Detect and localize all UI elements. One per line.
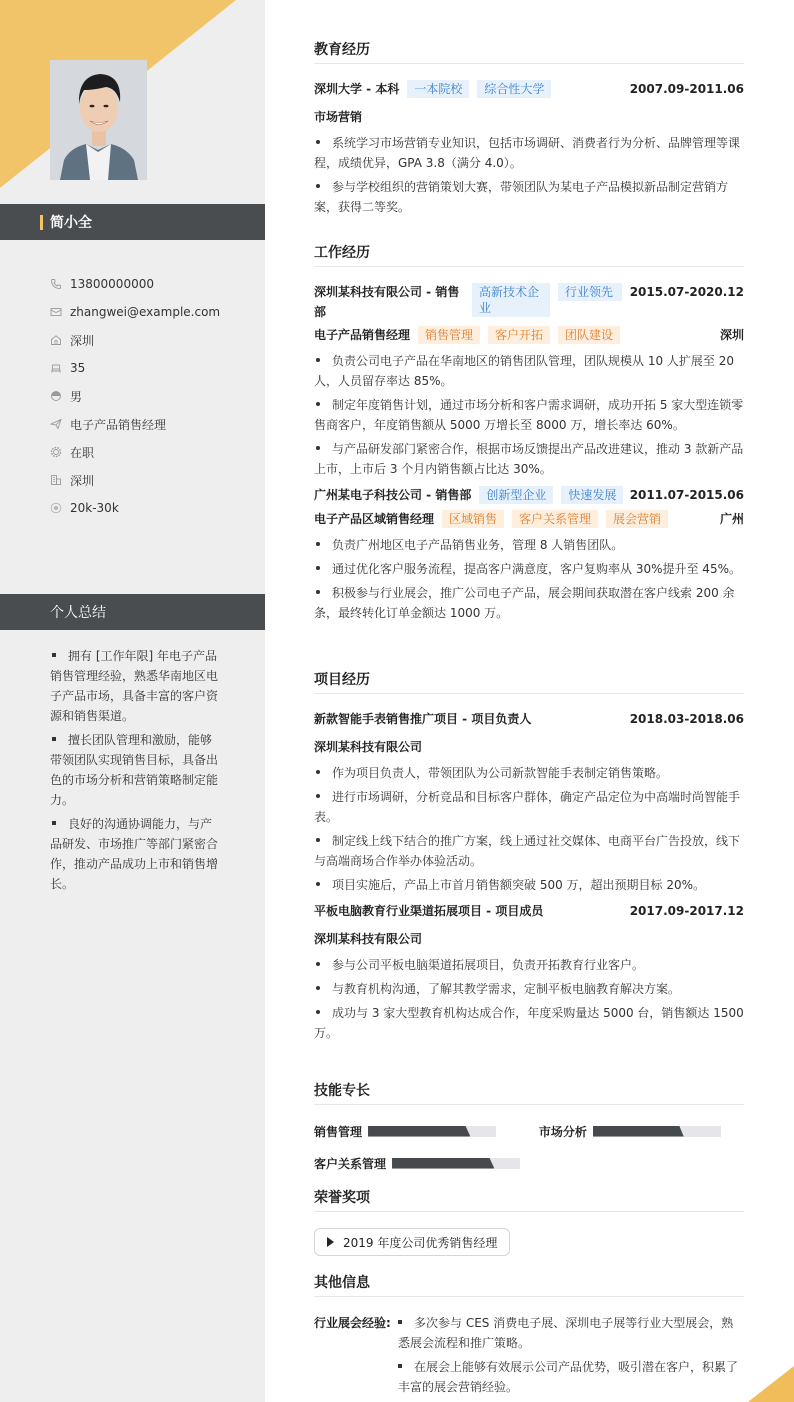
position-title: 电子产品销售经理 — [314, 325, 410, 345]
list-item: 多次参与 CES 消费电子展、深圳电子展等行业大型展会，熟悉展会流程和推广策略。 — [398, 1313, 744, 1353]
job-position-row: 电子产品销售经理 销售管理 客户开拓 团队建设 深圳 — [314, 325, 744, 345]
skills-section: 技能专长 销售管理 市场分析 客户关系管理 — [314, 1081, 744, 1185]
list-item: 积极参与行业展会，推广公司电子产品，展会期间获取潜在客户线索 200 余条，最终… — [314, 583, 744, 623]
education-section: 教育经历 深圳大学 - 本科 一本院校 综合性大学 2007.09-2011.0… — [314, 40, 744, 221]
skill-name: 销售管理 — [314, 1123, 362, 1140]
section-divider — [314, 63, 744, 64]
candidate-name: 简小全 — [50, 212, 92, 232]
skill-progress-bar — [368, 1126, 496, 1137]
job-date: 2015.07-2020.12 — [630, 282, 744, 302]
contact-email: zhangwei@example.com — [50, 298, 260, 326]
section-divider — [314, 693, 744, 694]
job-location: 深圳 — [720, 325, 744, 345]
contact-salary: 20k-30k — [50, 494, 260, 522]
project-name: 平板电脑教育行业渠道拓展项目 - 项目成员 — [314, 901, 543, 921]
contact-job: 电子产品销售经理 — [50, 410, 260, 438]
bullet-icon — [398, 1320, 402, 1324]
bullet-icon — [52, 737, 56, 741]
section-divider — [314, 1211, 744, 1212]
salary-icon — [50, 502, 62, 514]
section-title: 荣誉奖项 — [314, 1188, 744, 1208]
project-date: 2018.03-2018.06 — [630, 709, 744, 729]
other-section: 其他信息 行业展会经验: 多次参与 CES 消费电子展、深圳电子展等行业大型展会… — [314, 1273, 744, 1401]
avatar-icon — [50, 60, 147, 180]
bullet-icon — [316, 1010, 320, 1014]
project-company: 深圳某科技有限公司 — [314, 929, 744, 949]
skill-progress-bar — [593, 1126, 721, 1137]
company-tag: 高新技术企业 — [472, 283, 550, 317]
list-item: 在展会上能够有效展示公司产品优势，吸引潜在客户，积累了丰富的展会营销经验。 — [398, 1357, 744, 1397]
job-position-row: 电子产品区域销售经理 区域销售 客户关系管理 展会营销 广州 — [314, 509, 744, 529]
company-name: 广州某电子科技公司 - 销售部 — [314, 485, 471, 505]
home-icon — [50, 334, 62, 346]
list-item: 参与公司平板电脑渠道拓展项目，负责开拓教育行业客户。 — [314, 955, 744, 975]
contact-age-value: 35 — [70, 361, 85, 375]
skill-item: 客户关系管理 — [314, 1153, 520, 1173]
age-icon — [50, 362, 62, 374]
bullet-icon — [316, 446, 320, 450]
job-header: 广州某电子科技公司 - 销售部 创新型企业 快速发展 2011.07-2015.… — [314, 485, 744, 505]
avatar-photo — [50, 60, 147, 180]
other-list: 多次参与 CES 消费电子展、深圳电子展等行业大型展会，熟悉展会流程和推广策略。… — [398, 1313, 744, 1401]
job-bullets: 负责广州地区电子产品销售业务，管理 8 人销售团队。 通过优化客户服务流程，提高… — [314, 535, 744, 623]
school-name: 深圳大学 - 本科 — [314, 79, 399, 99]
job-bullets: 负责公司电子产品在华南地区的销售团队管理，团队规模从 10 人扩展至 20 人，… — [314, 351, 744, 479]
bullet-icon — [316, 358, 320, 362]
bullet-icon — [52, 821, 56, 825]
contact-status: 在职 — [50, 438, 260, 466]
education-bullets: 系统学习市场营销专业知识，包括市场调研、消费者行为分析、品牌管理等课程，成绩优异… — [314, 133, 744, 217]
project-header: 新款智能手表销售推广项目 - 项目负责人 2018.03-2018.06 — [314, 709, 744, 729]
company-tag: 快速发展 — [561, 486, 623, 504]
list-item: 制定线上线下结合的推广方案，线上通过社交媒体、电商平台广告投放，线下与高端商场合… — [314, 831, 744, 871]
bullet-icon — [316, 770, 320, 774]
list-item: 负责公司电子产品在华南地区的销售团队管理，团队规模从 10 人扩展至 20 人，… — [314, 351, 744, 391]
sidebar: 简小全 13800000000 zhangwei@example.com 深圳 — [0, 0, 265, 1402]
contact-email-value: zhangwei@example.com — [70, 305, 220, 319]
decorative-triangle-bottom — [748, 1366, 794, 1402]
project-date: 2017.09-2017.12 — [630, 901, 744, 921]
section-title: 其他信息 — [314, 1273, 744, 1293]
summary-item: 良好的沟通协调能力，与产品研发、市场推广等部门紧密合作，推动产品成功上市和销售增… — [50, 814, 220, 894]
position-tag: 客户开拓 — [488, 326, 550, 344]
summary-header: 个人总结 — [0, 594, 265, 630]
mail-icon — [50, 306, 62, 318]
contact-list: 13800000000 zhangwei@example.com 深圳 35 — [50, 270, 260, 522]
contact-gender-value: 男 — [70, 388, 82, 405]
list-item: 通过优化客户服务流程，提高客户满意度，客户复购率从 30%提升至 45%。 — [314, 559, 744, 579]
bullet-icon — [316, 882, 320, 886]
skill-name: 市场分析 — [539, 1123, 587, 1140]
bullet-icon — [316, 184, 320, 188]
award-label: 2019 年度公司优秀销售经理 — [343, 1234, 497, 1251]
project-name: 新款智能手表销售推广项目 - 项目负责人 — [314, 709, 531, 729]
award-item-toggle[interactable]: 2019 年度公司优秀销售经理 — [314, 1228, 510, 1256]
project-header: 平板电脑教育行业渠道拓展项目 - 项目成员 2017.09-2017.12 — [314, 901, 744, 921]
resume-page: 简小全 13800000000 zhangwei@example.com 深圳 — [0, 0, 794, 1402]
bullet-icon — [316, 566, 320, 570]
other-info-row: 行业展会经验: 多次参与 CES 消费电子展、深圳电子展等行业大型展会，熟悉展会… — [314, 1313, 744, 1401]
school-tag: 综合性大学 — [477, 80, 551, 98]
company-name: 深圳某科技有限公司 - 销售部 — [314, 282, 464, 322]
job-location: 广州 — [720, 509, 744, 529]
list-item: 进行市场调研，分析竞品和目标客户群体，确定产品定位为中高端时尚智能手表。 — [314, 787, 744, 827]
company-tag: 行业领先 — [558, 283, 622, 301]
school-tag: 一本院校 — [407, 80, 469, 98]
contact-phone: 13800000000 — [50, 270, 260, 298]
list-item: 参与学校组织的营销策划大赛，带领团队为某电子产品模拟新品制定营销方案，获得二等奖… — [314, 177, 744, 217]
bullet-icon — [316, 838, 320, 842]
name-header: 简小全 — [0, 204, 265, 240]
skill-progress-bar — [392, 1158, 520, 1169]
position-tag: 团队建设 — [558, 326, 620, 344]
list-item: 项目实施后，产品上市首月销售额突破 500 万，超出预期目标 20%。 — [314, 875, 744, 895]
bullet-icon — [316, 590, 320, 594]
gender-icon — [50, 390, 62, 402]
bullet-icon — [52, 653, 56, 657]
skills-list: 销售管理 市场分析 客户关系管理 — [314, 1121, 744, 1185]
section-title: 项目经历 — [314, 670, 744, 690]
section-title: 工作经历 — [314, 243, 744, 263]
bullet-icon — [316, 542, 320, 546]
project-bullets: 参与公司平板电脑渠道拓展项目，负责开拓教育行业客户。 与教育机构沟通，了解其教学… — [314, 955, 744, 1043]
summary-item: 擅长团队管理和激励，能够带领团队实现销售目标，具备出色的市场分析和营销策略制定能… — [50, 730, 220, 810]
position-title: 电子产品区域销售经理 — [314, 509, 434, 529]
section-divider — [314, 1296, 744, 1297]
bullet-icon — [316, 794, 320, 798]
contact-salary-value: 20k-30k — [70, 501, 119, 515]
contact-home: 深圳 — [50, 326, 260, 354]
skill-item: 市场分析 — [539, 1121, 721, 1141]
skill-progress-fill — [593, 1126, 684, 1137]
education-date: 2007.09-2011.06 — [630, 79, 744, 99]
awards-section: 荣誉奖项 2019 年度公司优秀销售经理 — [314, 1188, 744, 1256]
education-header: 深圳大学 - 本科 一本院校 综合性大学 2007.09-2011.06 — [314, 79, 744, 99]
contact-city-value: 深圳 — [70, 472, 94, 489]
section-divider — [314, 266, 744, 267]
bullet-icon — [316, 140, 320, 144]
phone-icon — [50, 278, 62, 290]
work-section: 工作经历 深圳某科技有限公司 - 销售部 高新技术企业 行业领先 2015.07… — [314, 243, 744, 627]
list-item: 制定年度销售计划，通过市场分析和客户需求调研，成功开拓 5 家大型连锁零售商客户… — [314, 395, 744, 435]
job-date: 2011.07-2015.06 — [630, 485, 744, 505]
contact-status-value: 在职 — [70, 444, 94, 461]
gear-icon — [50, 446, 62, 458]
contact-city: 深圳 — [50, 466, 260, 494]
major: 市场营销 — [314, 107, 744, 127]
contact-age: 35 — [50, 354, 260, 382]
section-title: 技能专长 — [314, 1081, 744, 1101]
project-company: 深圳某科技有限公司 — [314, 737, 744, 757]
skill-progress-fill — [392, 1158, 494, 1169]
contact-phone-value: 13800000000 — [70, 277, 154, 291]
skill-name: 客户关系管理 — [314, 1155, 386, 1172]
list-item: 与产品研发部门紧密合作，根据市场反馈提出产品改进建议，推动 3 款新产品上市，上… — [314, 439, 744, 479]
bullet-icon — [316, 986, 320, 990]
section-title: 教育经历 — [314, 40, 744, 60]
list-item: 作为项目负责人，带领团队为公司新款智能手表制定销售策略。 — [314, 763, 744, 783]
building-icon — [50, 474, 62, 486]
send-icon — [50, 418, 62, 430]
list-item: 与教育机构沟通，了解其教学需求，定制平板电脑教育解决方案。 — [314, 979, 744, 999]
list-item: 负责广州地区电子产品销售业务，管理 8 人销售团队。 — [314, 535, 744, 555]
bullet-icon — [316, 402, 320, 406]
contact-job-value: 电子产品销售经理 — [70, 416, 166, 433]
name-accent-bar — [40, 215, 43, 230]
summary-list: 拥有 [工作年限] 年电子产品销售管理经验，熟悉华南地区电子产品市场，具备丰富的… — [50, 646, 220, 898]
list-item: 系统学习市场营销专业知识，包括市场调研、消费者行为分析、品牌管理等课程，成绩优异… — [314, 133, 744, 173]
bullet-icon — [398, 1364, 402, 1368]
position-tag: 销售管理 — [418, 326, 480, 344]
company-tag: 创新型企业 — [479, 486, 553, 504]
position-tag: 客户关系管理 — [512, 510, 598, 528]
contact-home-value: 深圳 — [70, 332, 94, 349]
skill-item: 销售管理 — [314, 1121, 535, 1141]
projects-section: 项目经历 新款智能手表销售推广项目 - 项目负责人 2018.03-2018.0… — [314, 670, 744, 1047]
bullet-icon — [316, 962, 320, 966]
skill-progress-fill — [368, 1126, 470, 1137]
project-bullets: 作为项目负责人，带领团队为公司新款智能手表制定销售策略。 进行市场调研，分析竞品… — [314, 763, 744, 895]
list-item: 成功与 3 家大型教育机构达成合作，年度采购量达 5000 台，销售额达 150… — [314, 1003, 744, 1043]
disclosure-triangle-icon — [327, 1237, 334, 1247]
summary-item: 拥有 [工作年限] 年电子产品销售管理经验，熟悉华南地区电子产品市场，具备丰富的… — [50, 646, 220, 726]
contact-gender: 男 — [50, 382, 260, 410]
position-tag: 区域销售 — [442, 510, 504, 528]
summary-title: 个人总结 — [50, 602, 106, 622]
position-tag: 展会营销 — [606, 510, 668, 528]
other-label: 行业展会经验: — [314, 1313, 398, 1401]
job-header: 深圳某科技有限公司 - 销售部 高新技术企业 行业领先 2015.07-2020… — [314, 282, 744, 322]
section-divider — [314, 1104, 744, 1105]
